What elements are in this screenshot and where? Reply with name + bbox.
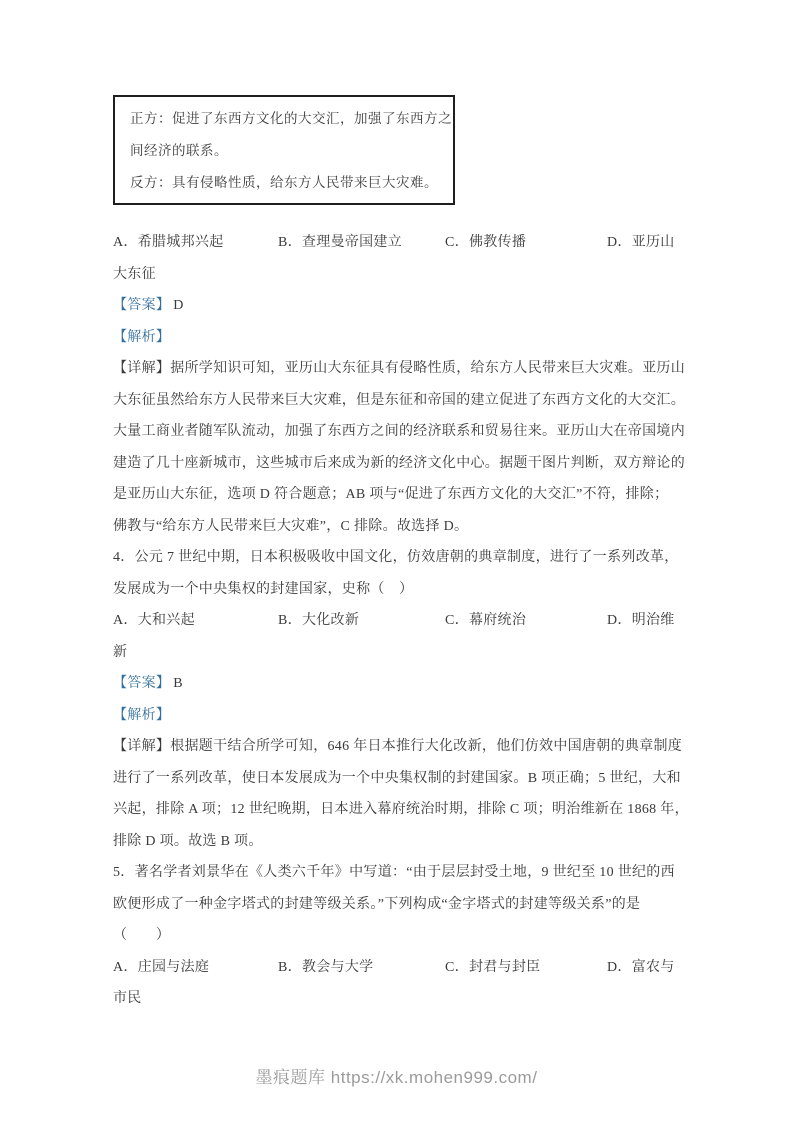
q3-option-d: D．亚历山 xyxy=(607,227,681,259)
q3-detail-line: 是亚历山大东征，选项 D 符合题意；AB 项与“促进了东西方文化的大交汇”不符，… xyxy=(113,479,681,511)
debate-con-line: 反方：具有侵略性质，给东方人民带来巨大灾难。 xyxy=(130,167,438,199)
q4-option-d-wrap: 新 xyxy=(113,637,681,669)
q4-option-b: B．大化改新 xyxy=(278,605,445,637)
footer-site-url[interactable]: https://xk.mohen999.com/ xyxy=(331,1068,538,1087)
q5-options-row: A．庄园与法庭 B．教会与大学 C．封君与封臣 D．富农与 xyxy=(113,952,681,984)
q3-analysis-label: 【解析】 xyxy=(113,330,170,345)
footer-watermark: 墨痕题库 https://xk.mohen999.com/ xyxy=(0,1063,793,1088)
q5-stem-line: 欧便形成了一种金字塔式的封建等级关系。”下列构成“金字塔式的封建等级关系”的是 xyxy=(113,889,681,921)
q5-option-c: C．封君与封臣 xyxy=(445,952,607,984)
q4-option-c: C．幕府统治 xyxy=(445,605,607,637)
q3-option-a: A．希腊城邦兴起 xyxy=(113,227,278,259)
debate-pro-wrap-line: 间经济的联系。 xyxy=(130,135,438,167)
q3-answer-label: 【答案】 xyxy=(113,298,170,313)
document-body: A．希腊城邦兴起 B．查理曼帝国建立 C．佛教传播 D．亚历山 大东征 【答案】… xyxy=(113,227,681,1015)
exam-document-page: 正方：促进了东西方文化的大交汇，加强了东西方之 间经济的联系。 反方：具有侵略性… xyxy=(0,0,793,1122)
q3-detail-line: 大量工商业者随军队流动，加强了东西方之间的经济联系和贸易往来。亚历山大在帝国境内 xyxy=(113,416,681,448)
q3-option-d-wrap: 大东征 xyxy=(113,259,681,291)
q4-answer-label: 【答案】 xyxy=(113,676,170,691)
q5-option-b: B．教会与大学 xyxy=(278,952,445,984)
q3-answer-value: D xyxy=(173,298,183,313)
q3-options-row: A．希腊城邦兴起 B．查理曼帝国建立 C．佛教传播 D．亚历山 xyxy=(113,227,681,259)
q3-option-c: C．佛教传播 xyxy=(445,227,607,259)
q4-option-d: D．明治维 xyxy=(607,605,681,637)
q5-stem-line: 5．著名学者刘景华在《人类六千年》中写道：“由于层层封受土地，9 世纪至 10 … xyxy=(113,857,681,889)
q4-detail-line: 兴起，排除 A 项；12 世纪晚期，日本进入幕府统治时期，排除 C 项；明治维新… xyxy=(113,794,681,826)
q4-answer-line: 【答案】B xyxy=(113,668,681,700)
q4-detail-line: 进行了一系列改革，使日本发展成为一个中央集权制的封建国家。B 项正确；5 世纪，… xyxy=(113,763,681,795)
q4-options-row: A．大和兴起 B．大化改新 C．幕府统治 D．明治维 xyxy=(113,605,681,637)
q4-analysis-line: 【解析】 xyxy=(113,700,681,732)
q4-answer-value: B xyxy=(173,676,183,691)
q3-analysis-line: 【解析】 xyxy=(113,322,681,354)
q5-option-d-wrap: 市民 xyxy=(113,983,681,1015)
q4-stem-line: 4．公元 7 世纪中期，日本积极吸收中国文化，仿效唐朝的典章制度，进行了一系列改… xyxy=(113,542,681,574)
q4-detail-line: 【详解】根据题干结合所学可知，646 年日本推行大化改新，他们仿效中国唐朝的典章… xyxy=(113,731,681,763)
q3-option-b: B．查理曼帝国建立 xyxy=(278,227,445,259)
q3-detail-line: 佛教与“给东方人民带来巨大灾难”，C 排除。故选择 D。 xyxy=(113,511,681,543)
footer-site-name: 墨痕题库 xyxy=(256,1068,326,1087)
q4-option-a: A．大和兴起 xyxy=(113,605,278,637)
q5-stem-parens-line: （ ） xyxy=(113,920,681,952)
q4-stem-line: 发展成为一个中央集权的封建国家，史称（ ） xyxy=(113,574,681,606)
q3-detail-line: 大东征虽然给东方人民带来巨大灾难，但是东征和帝国的建立促进了东西方文化的大交汇。 xyxy=(113,385,681,417)
debate-pro-line: 正方：促进了东西方文化的大交汇，加强了东西方之 xyxy=(130,103,438,135)
q5-option-a: A．庄园与法庭 xyxy=(113,952,278,984)
debate-material-box: 正方：促进了东西方文化的大交汇，加强了东西方之 间经济的联系。 反方：具有侵略性… xyxy=(113,95,455,205)
q4-analysis-label: 【解析】 xyxy=(113,708,170,723)
q5-option-d: D．富农与 xyxy=(607,952,681,984)
q3-answer-line: 【答案】D xyxy=(113,290,681,322)
q4-detail-line: 排除 D 项。故选 B 项。 xyxy=(113,826,681,858)
q3-detail-line: 【详解】据所学知识可知，亚历山大东征具有侵略性质，给东方人民带来巨大灾难。亚历山 xyxy=(113,353,681,385)
q3-detail-line: 建造了几十座新城市，这些城市后来成为新的经济文化中心。据题干图片判断，双方辩论的 xyxy=(113,448,681,480)
